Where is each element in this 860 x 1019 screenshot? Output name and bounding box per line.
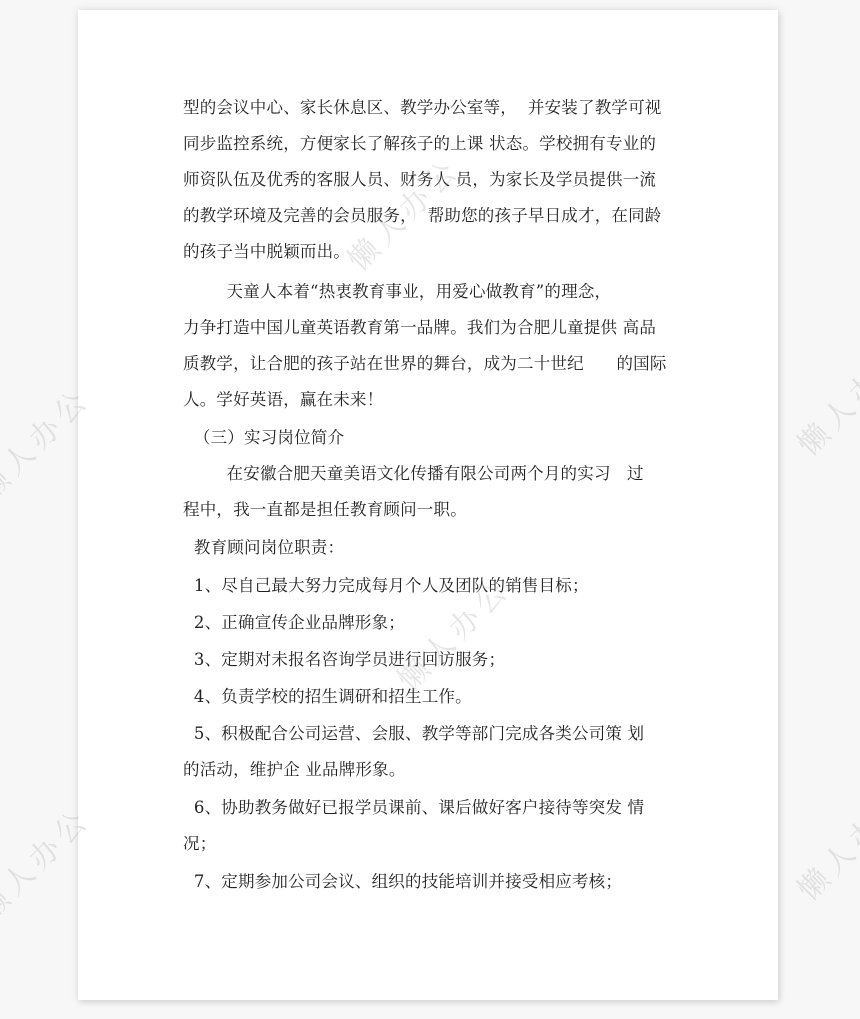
list-item: 3、定期对未报名咨询学员进行回访服务； xyxy=(183,650,678,670)
text-line: 在安徽合肥天童美语文化传播有限公司两个月的实习 过 xyxy=(183,464,678,484)
list-item-continuation: 的活动，维护企 业品牌形象。 xyxy=(183,760,678,780)
text-line: 人。学好英语，赢在未来！ xyxy=(183,390,678,410)
list-item-continuation: 况； xyxy=(183,834,678,854)
list-item: 2、正确宣传企业品牌形象； xyxy=(183,613,678,633)
list-heading: 教育顾问岗位职责： xyxy=(183,538,678,558)
section-heading: （三）实习岗位简介 xyxy=(183,428,678,448)
watermark: 懒人办公 xyxy=(786,776,860,909)
text-line: 师资队伍及优秀的客服人员、财务人 员，为家长及学员提供一流 xyxy=(183,170,678,190)
text-line: 同步监控系统，方便家长了解孩子的上课 状态。学校拥有专业的 xyxy=(183,134,678,154)
text-line: 天童人本着“热衷教育事业，用爱心做教育”的理念， xyxy=(183,282,678,302)
text-line: 的孩子当中脱颖而出。 xyxy=(183,242,678,262)
list-item: 6、协助教务做好已报学员课前、课后做好客户接待等突发 情 xyxy=(183,798,678,818)
text-line: 的教学环境及完善的会员服务， 帮助您的孩子早日成才，在同龄 xyxy=(183,206,678,226)
list-item: 1、尽自己最大努力完成每月个人及团队的销售目标； xyxy=(183,576,678,596)
text-line: 程中，我一直都是担任教育顾问一职。 xyxy=(183,500,678,520)
watermark: 懒人办公 xyxy=(786,331,860,464)
list-item: 4、负责学校的招生调研和招生工作。 xyxy=(183,687,678,707)
text-line: 力争打造中国儿童英语教育第一品牌。我们为合肥儿童提供 高品 xyxy=(183,318,678,338)
document-page: 型的会议中心、家长休息区、教学办公室等， 并安装了教学可视 同步监控系统，方便家… xyxy=(78,10,778,1000)
list-item: 5、积极配合公司运营、会服、教学等部门完成各类公司策 划 xyxy=(183,724,678,744)
list-item: 7、定期参加公司会议、组织的技能培训并接受相应考核； xyxy=(183,872,678,892)
text-line: 型的会议中心、家长休息区、教学办公室等， 并安装了教学可视 xyxy=(183,98,678,118)
text-line: 质教学，让合肥的孩子站在世界的舞台，成为二十世纪 的国际 xyxy=(183,354,678,374)
